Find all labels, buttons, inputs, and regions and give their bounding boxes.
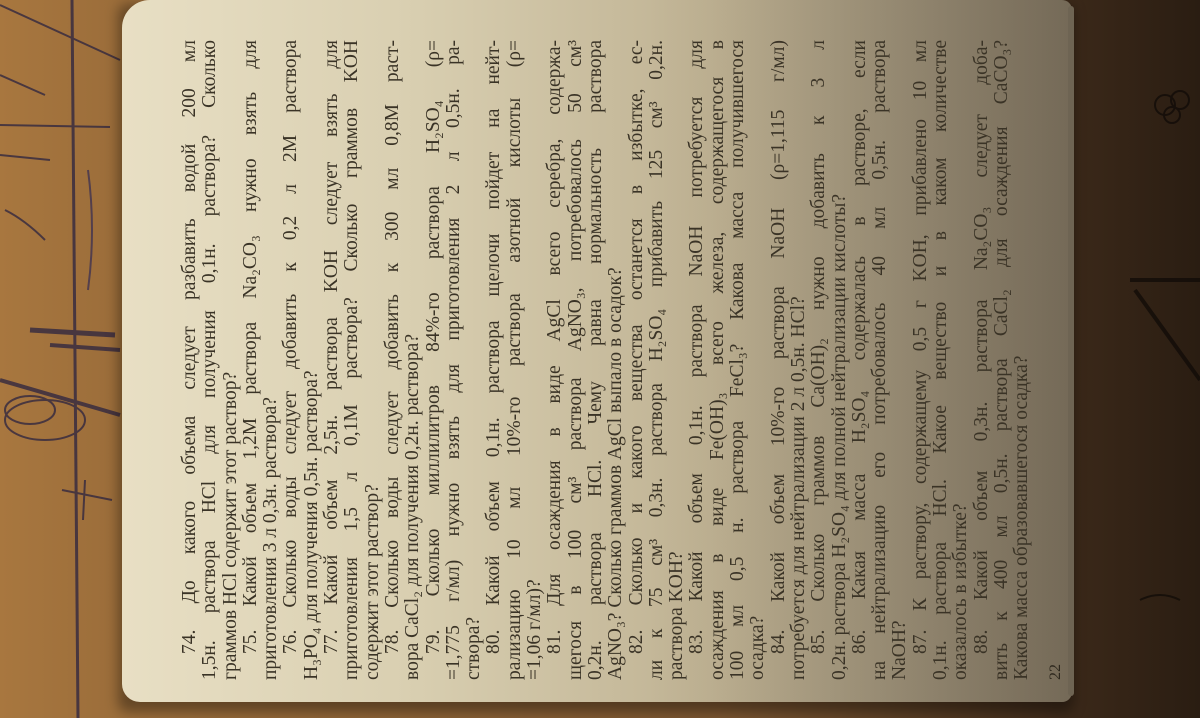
problem-75: 75. Какой объем 1,2М раствора Na₂CO₃ нуж… [241, 40, 282, 680]
problem-82: 82. Сколько и какого вещества останется … [627, 40, 688, 680]
problem-line: на нейтрализацию его потребовалось 40 мл… [870, 40, 890, 680]
page-number: 22 [1046, 40, 1066, 680]
problem-line: оказалось в избытке? [951, 40, 971, 680]
problem-line: осаждения в виде Fe(OH)₃ всего железа, с… [708, 40, 728, 680]
problem-81: 81. Для осаждения в виде AgCl всего сере… [545, 40, 626, 680]
problem-line: граммов HCl содержит этот раствор? [221, 40, 241, 680]
problem-line: щегося в 100 см³ раствора AgNO₃, потребо… [566, 40, 586, 680]
problem-77: 77. Какой объем 2,5н. раствора KOH следу… [322, 40, 383, 680]
problem-line: 0,1н. раствора HCl. Какое вещество и в к… [931, 40, 951, 680]
problem-line: створа? [464, 40, 484, 680]
problem-line: 81. Для осаждения в виде AgCl всего сере… [545, 40, 565, 680]
problem-line: 1,5н. раствора HCl для получения 0,1н. р… [200, 40, 220, 680]
problem-line: осадка? [748, 40, 768, 680]
problem-83: 83. Какой объем 0,1н. раствора NaOH потр… [687, 40, 768, 680]
problem-79: 79. Сколько миллилитров 84%-го раствора … [424, 40, 485, 680]
problem-74: 74. До какого объема следует разбавить в… [180, 40, 241, 680]
problem-line: 84. Какой объем 10%-го раствора NaOH (ρ=… [769, 40, 789, 680]
problem-line: AgNO₃? Сколько граммов AgCl выпало в оса… [606, 40, 626, 680]
problem-line: 77. Какой объем 2,5н. раствора KOH следу… [322, 40, 342, 680]
problem-line: 87. К раствору, содержащему 0,5 г KOH, п… [911, 40, 931, 680]
problem-line: 100 мл 0,5 н. раствора FeCl₃? Какова мас… [728, 40, 748, 680]
problem-line: приготовления 3 л 0,3н. раствора? [261, 40, 281, 680]
problem-line: 75. Какой объем 1,2М раствора Na₂CO₃ нуж… [241, 40, 261, 680]
problem-line: 76. Сколько воды следует добавить к 0,2 … [281, 40, 301, 680]
problem-line: 74. До какого объема следует разбавить в… [180, 40, 200, 680]
problem-line: 80. Какой объем 0,1н. раствора щелочи по… [484, 40, 504, 680]
problem-line: 85. Сколько граммов Ca(OH)₂ нужно добави… [809, 40, 829, 680]
problem-78: 78. Сколько воды следует добавить к 300 … [383, 40, 424, 680]
problem-line: Какова масса образовавшегося осадка? [1012, 40, 1032, 680]
problem-line: 86. Какая масса H₂SO₄ содержалась в раст… [850, 40, 870, 680]
problem-line: 83. Какой объем 0,1н. раствора NaOH потр… [687, 40, 707, 680]
problem-line: =1,06 г/мл)? [525, 40, 545, 680]
problem-line: вить к 400 мл 0,5н. раствора CaCl₂ для о… [992, 40, 1012, 680]
problem-line: 78. Сколько воды следует добавить к 300 … [383, 40, 403, 680]
problem-84: 84. Какой объем 10%-го раствора NaOH (ρ=… [769, 40, 810, 680]
page-edge [1068, 6, 1074, 696]
problem-86: 86. Какая масса H₂SO₄ содержалась в раст… [850, 40, 911, 680]
problem-line: 82. Сколько и какого вещества останется … [627, 40, 647, 680]
problem-line: приготовления 1,5 л 0,1М раствора? Сколь… [342, 40, 362, 680]
problem-line: 0,2н. раствора H₂SO₄ для полной нейтрали… [830, 40, 850, 680]
problem-line: =1,775 г/мл) нужно взять для приготовлен… [444, 40, 464, 680]
problem-87: 87. К раствору, содержащему 0,5 г KOH, п… [911, 40, 972, 680]
problem-line: рализацию 10 мл 10%-го раствора азотной … [505, 40, 525, 680]
problem-line: H₃PO₄ для получения 0,5н. раствора? [302, 40, 322, 680]
problem-85: 85. Сколько граммов Ca(OH)₂ нужно добави… [809, 40, 850, 680]
problem-line: 79. Сколько миллилитров 84%-го раствора … [424, 40, 444, 680]
problem-76: 76. Сколько воды следует добавить к 0,2 … [281, 40, 322, 680]
problem-88: 88. Какой объем 0,3н. раствора Na₂CO₃ сл… [972, 40, 1033, 680]
problem-line: ли к 75 см³ 0,3н. раствора H₂SO₄ прибави… [647, 40, 667, 680]
problem-line: 88. Какой объем 0,3н. раствора Na₂CO₃ сл… [972, 40, 992, 680]
problem-80: 80. Какой объем 0,1н. раствора щелочи по… [484, 40, 545, 680]
problem-line: 0,2н. раствора HCl. Чему равна нормально… [586, 40, 606, 680]
problem-line: содержит этот раствор? [363, 40, 383, 680]
problem-line: вора CaCl₂ для получения 0,2н. раствора? [403, 40, 423, 680]
problem-line: NaOH? [890, 40, 910, 680]
problem-line: потребуется для нейтрализации 2 л 0,5н. … [789, 40, 809, 680]
problems-text-block: 74. До какого объема следует разбавить в… [180, 40, 1000, 680]
problem-line: раствора KOH? [667, 40, 687, 680]
